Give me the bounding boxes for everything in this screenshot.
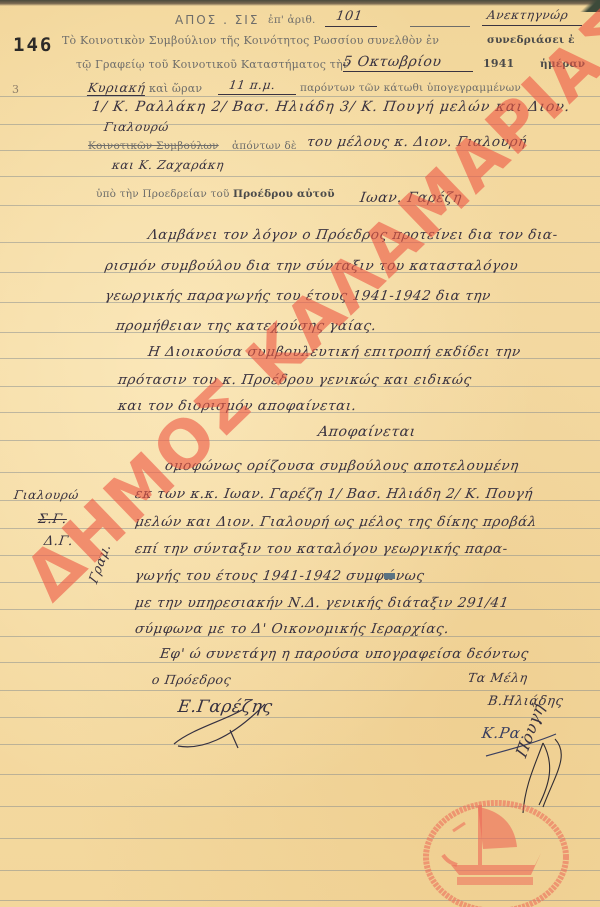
intro-day-label: ἡμέραν xyxy=(540,58,585,70)
margin-mark: 3 xyxy=(12,83,19,96)
members-signature-label: Τα Μέλη xyxy=(467,670,529,685)
president-name: Ιωαν. Γαρέζη xyxy=(359,190,463,206)
minutes-number: 101 xyxy=(335,9,364,24)
document-page: 146 3 ΑΠΟΣ . ΣΙΣ ἐπ' ἀριθ. 101 Ανεκτηγνώ… xyxy=(0,0,600,907)
decision-line-4: επί την σύνταξιν του καταλόγου γεωργικής… xyxy=(134,541,509,557)
margin-note-line-3: Δ.Γ. xyxy=(43,534,74,549)
ruled-line xyxy=(0,774,600,775)
decision-line-6: με την υπηρεσιακήν Ν.Δ. γενικής διάταξιν… xyxy=(134,595,510,611)
date-underline xyxy=(343,71,473,72)
hour-underline xyxy=(218,94,296,95)
decision-line-7: σύμφωνα με το Δ' Οικονομικής Ιεραρχίας. xyxy=(134,621,450,637)
decision-heading: Αποφαίνεται xyxy=(317,424,417,440)
present-members: 1/ Κ. Ραλλάκη 2/ Βασ. Ηλιάδη 3/ Κ. Πουγή… xyxy=(91,99,572,115)
absent-label: ἀπόντων δὲ xyxy=(232,140,297,152)
presidency-label: ὑπὸ τὴν Προεδρείαν τοῦ xyxy=(96,188,230,200)
document-title: ΑΠΟΣ . ΣΙΣ xyxy=(175,13,259,27)
absent-members: του μέλους κ. Διον. Γιαλουρή xyxy=(306,134,528,150)
correction-mark xyxy=(384,573,395,579)
meeting-year: 1941 xyxy=(483,57,514,70)
ruled-line xyxy=(0,690,600,691)
body-line-2: ρισμόν συμβούλου δια την σύνταξιν του κα… xyxy=(104,258,519,274)
body-line-4: προμήθειαν της κατεχούσης γαίας. xyxy=(115,318,378,334)
body-line-1: Λαμβάνει τον λόγον ο Πρόεδρος προτείνει … xyxy=(147,227,559,243)
page-number: 146 xyxy=(13,34,53,56)
absent-members-continued: και Κ. Ζαχαράκη xyxy=(111,158,225,172)
page-corner xyxy=(578,0,600,12)
intro-line-2: τῷ Γραφείῳ τοῦ Κοινοτικοῦ Καταστήματος τ… xyxy=(76,58,350,71)
councillors-label: Κοινοτικῶν Συμβούλων xyxy=(88,140,219,152)
ruled-line xyxy=(0,440,600,441)
ruled-line xyxy=(0,205,600,206)
intro-hour-label: καὶ ὥραν xyxy=(149,82,202,95)
ruled-line xyxy=(0,662,600,663)
margin-note-line-4: Γραμ. xyxy=(87,541,114,587)
margin-note-line-2: Σ.Γ. xyxy=(37,512,68,527)
present-member-continued: Γιαλουρώ xyxy=(103,120,170,134)
member-signature-1: Β.Ηλιάδης xyxy=(487,694,565,709)
intro-line-1: Τὸ Κοινοτικὸν Συμβούλιον τῆς Κοινότητος … xyxy=(62,34,439,47)
closing-line: Εφ' ώ συνετάγη η παρούσα υπογραφείσα δεό… xyxy=(159,646,530,662)
decision-line-1: ομοφώνως ορίζουσα συμβούλους αποτελουμέν… xyxy=(164,458,520,474)
body-line-5: Η Διοικούσα συμβουλευτική επιτροπή εκδίδ… xyxy=(147,344,522,360)
page-top-edge xyxy=(0,0,600,6)
president-signature-label: ο Πρόεδρος xyxy=(151,672,232,687)
intro-present-label: παρόντων τῶν κάτωθι ὑπογεγραμμένων xyxy=(300,82,521,94)
margin-note-line-1: Γιαλουρώ xyxy=(13,488,80,502)
meeting-day: Κυριακή xyxy=(87,80,147,96)
body-line-7: και τον διορισμόν αποφαίνεται. xyxy=(117,398,358,414)
decision-line-3: μελών και Διον. Γιαλουρή ως μέλος της δί… xyxy=(134,514,538,530)
header-dash xyxy=(410,26,470,27)
ruled-line xyxy=(0,124,600,125)
number-label: ἐπ' ἀριθ. xyxy=(268,14,316,26)
subject: Ανεκτηγνώρ xyxy=(486,8,569,22)
meeting-hour: 11 π.μ. xyxy=(228,78,277,92)
decision-line-5: γωγής του έτους 1941-1942 συμφώνως xyxy=(134,568,426,584)
ruled-line xyxy=(0,176,600,177)
body-line-6: πρότασιν του κ. Προέδρου γενικώς και ειδ… xyxy=(117,372,473,388)
decision-line-2: εκ των κ.κ. Ιωαν. Γαρέζη 1/ Βασ. Ηλιάδη … xyxy=(134,486,534,502)
presidency-president-label: Προέδρου αὐτοῦ xyxy=(233,188,335,200)
ruled-line xyxy=(0,717,600,718)
subject-underline xyxy=(482,25,582,26)
president-signature-flourish xyxy=(170,700,270,750)
body-line-3: γεωργικής παραγωγής του έτους 1941-1942 … xyxy=(104,288,492,304)
ruled-line xyxy=(0,96,600,97)
intro-line-1-session: συνεδριάσει ἐ xyxy=(487,34,575,46)
meeting-date: 5 Οκτωβρίου xyxy=(342,54,443,70)
ship-seal-icon xyxy=(423,797,569,907)
number-underline xyxy=(325,26,377,27)
